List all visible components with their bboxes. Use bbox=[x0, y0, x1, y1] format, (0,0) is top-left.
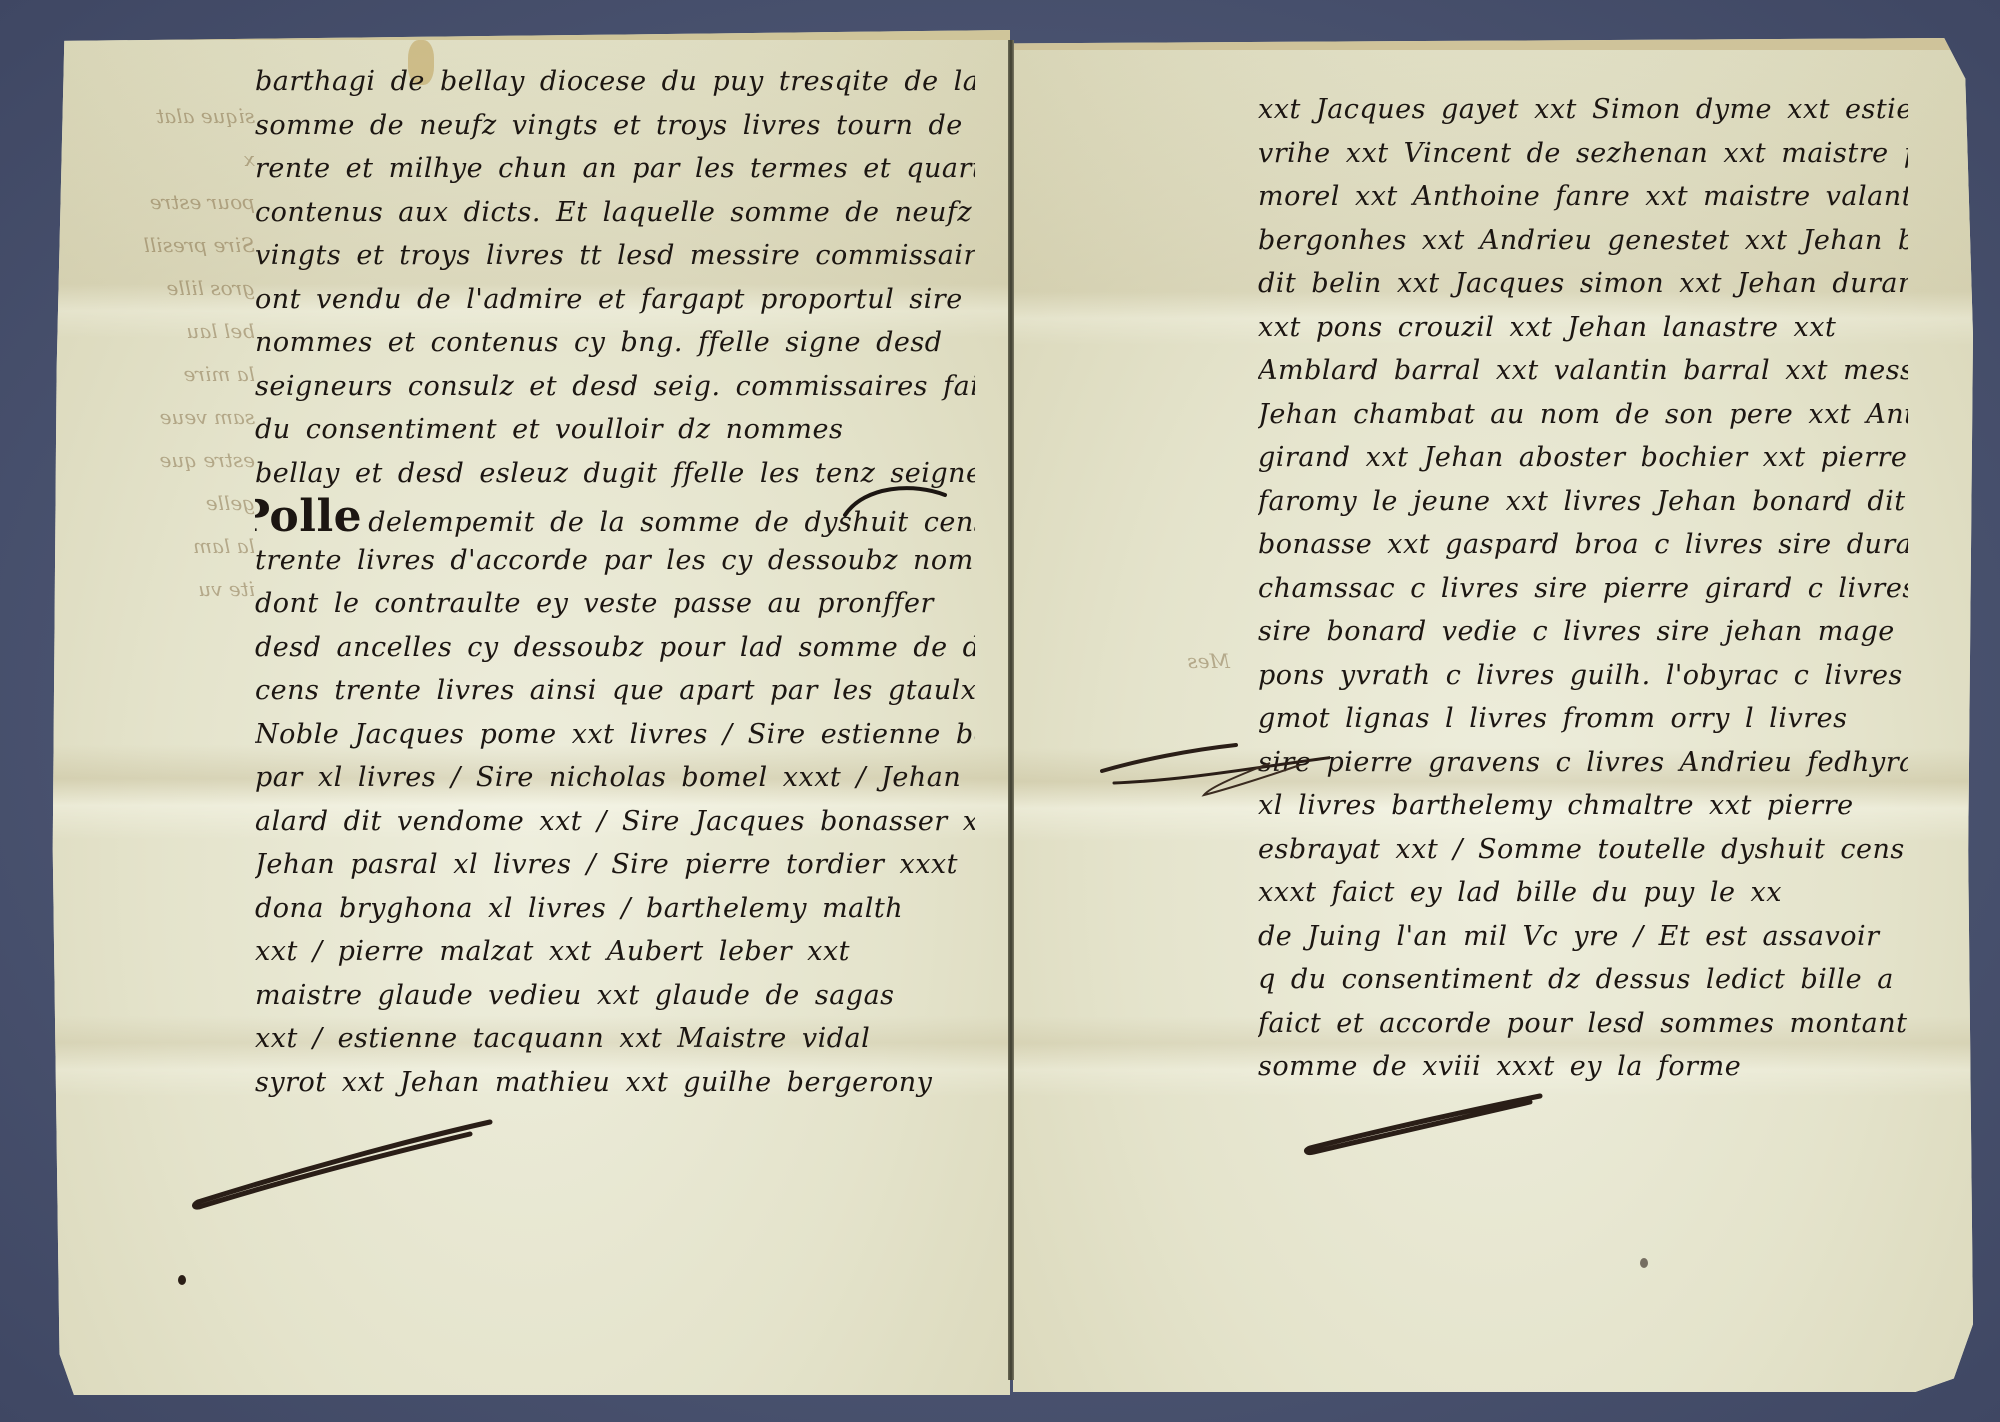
left-margin-bleed-through: sique alat x pour estre Sire presill gro… bbox=[115, 95, 255, 611]
bleed-line: gros lille bbox=[115, 267, 255, 310]
manuscript-line: chamssac c livres sire pierre girard c l… bbox=[1258, 567, 1908, 611]
manuscript-line: vrihe xxt Vincent de sezhenan xxt maistr… bbox=[1258, 132, 1908, 176]
manuscript-line: xxxt faict ey lad bille du puy le xx bbox=[1258, 871, 1908, 915]
manuscript-line: girand xxt Jehan aboster bochier xxt pie… bbox=[1258, 436, 1908, 480]
manuscript-line: xl livres barthelemy chmaltre xxt pierre bbox=[1258, 784, 1908, 828]
manuscript-line: xxt / pierre malzat xxt Aubert leber xxt bbox=[255, 930, 975, 974]
manuscript-line: alard dit vendome xxt / Sire Jacques bon… bbox=[255, 800, 975, 844]
manuscript-line: desd ancelles cy dessoubz pour lad somme… bbox=[255, 626, 975, 670]
bleed-line: sam veue bbox=[115, 396, 255, 439]
bleed-line: bel lau bbox=[115, 310, 255, 353]
manuscript-line: dont le contraulte ey veste passe au pro… bbox=[255, 582, 975, 626]
manuscript-line: sire bonard vedie c livres sire jehan ma… bbox=[1258, 610, 1908, 654]
manuscript-line: vingts et troys livres tt lesd messire c… bbox=[255, 234, 975, 278]
bleed-line: estre que bbox=[115, 439, 255, 482]
ink-spot bbox=[1640, 1258, 1648, 1268]
bleed-line: Mes bbox=[1030, 640, 1230, 683]
manuscript-line: xxt / estienne tacquann xxt Maistre vida… bbox=[255, 1017, 975, 1061]
manuscript-line: barthagi de bellay diocese du puy tresqi… bbox=[255, 60, 975, 104]
bleed-line: Sire presill bbox=[115, 224, 255, 267]
manuscript-line: Amblard barral xxt valantin barral xxt m… bbox=[1258, 349, 1908, 393]
manuscript-line: gmot lignas l livres fromm orry l livres bbox=[1258, 697, 1908, 741]
manuscript-line: Noble Jacques pome xxt livres / Sire est… bbox=[255, 713, 975, 757]
manuscript-line: trente livres d'accorde par les cy desso… bbox=[255, 539, 975, 583]
manuscript-line: bonasse xxt gaspard broa c livres sire d… bbox=[1258, 523, 1908, 567]
manuscript-line: faromy le jeune xxt livres Jehan bonard … bbox=[1258, 480, 1908, 524]
manuscript-line: rente et milhye chun an par les termes e… bbox=[255, 147, 975, 191]
bleed-line: x bbox=[115, 138, 255, 181]
manuscript-line: morel xxt Anthoine fanre xxt maistre val… bbox=[1258, 175, 1908, 219]
binding-gutter bbox=[1008, 40, 1014, 1380]
manuscript-line: de Juing l'an mil Vc yre / Et est assavo… bbox=[1258, 915, 1908, 959]
left-page-text: barthagi de bellay diocese du puy tresqi… bbox=[255, 60, 975, 1104]
manuscript-line: maistre glaude vedieu xxt glaude de saga… bbox=[255, 974, 975, 1018]
decorated-initial: Polle bbox=[255, 495, 362, 539]
manuscript-line: syrot xxt Jehan mathieu xxt guilhe berge… bbox=[255, 1061, 975, 1105]
manuscript-line: xxt pons crouzil xxt Jehan lanastre xxt bbox=[1258, 306, 1908, 350]
manuscript-line: bergonhes xxt Andrieu genestet xxt Jehan… bbox=[1258, 219, 1908, 263]
manuscript-line: esbrayat xxt / Somme toutelle dyshuit ce… bbox=[1258, 828, 1908, 872]
manuscript-line: dona bryghona xl livres / barthelemy mal… bbox=[255, 887, 975, 931]
bleed-line: sique alat bbox=[115, 95, 255, 138]
manuscript-line: ont vendu de l'admire et fargapt proport… bbox=[255, 278, 975, 322]
manuscript-line-with-initial: Polledelempemit de la somme de dyshuit c… bbox=[255, 495, 975, 539]
manuscript-line: faict et accorde pour lesd sommes montan… bbox=[1258, 1002, 1908, 1046]
manuscript-line: dit belin xxt Jacques simon xxt Jehan du… bbox=[1258, 262, 1908, 306]
ink-spot bbox=[178, 1275, 186, 1285]
manuscript-line: du consentiment et voulloir dz nommes bbox=[255, 408, 975, 452]
manuscript-line: seigneurs consulz et desd seig. commissa… bbox=[255, 365, 975, 409]
manuscript-line: cens trente livres ainsi que apart par l… bbox=[255, 669, 975, 713]
right-page-text: xxt Jacques gayet xxt Simon dyme xxt est… bbox=[1258, 88, 1908, 1089]
manuscript-line: contenus aux dicts. Et laquelle somme de… bbox=[255, 191, 975, 235]
manuscript-line: nommes et contenus cy bng. ffelle signe … bbox=[255, 321, 975, 365]
manuscript-line: Jehan chambat au nom de son pere xxt Ant… bbox=[1258, 393, 1908, 437]
manuscript-line: par xl livres / Sire nicholas bomel xxxt… bbox=[255, 756, 975, 800]
bleed-line: la mire bbox=[115, 353, 255, 396]
bleed-line: la lam bbox=[115, 525, 255, 568]
manuscript-line: sire pierre gravens c livres Andrieu fed… bbox=[1258, 741, 1908, 785]
bleed-line: gelle bbox=[115, 482, 255, 525]
bleed-line: pour estre bbox=[115, 181, 255, 224]
manuscript-line: xxt Jacques gayet xxt Simon dyme xxt est… bbox=[1258, 88, 1908, 132]
bleed-line: ite vu bbox=[115, 568, 255, 611]
manuscript-line: somme de neufz vingts et troys livres to… bbox=[255, 104, 975, 148]
manuscript-line-text: delempemit de la somme de dyshuit cens bbox=[368, 507, 975, 538]
manuscript-line: bellay et desd esleuz dugit ffelle les t… bbox=[255, 452, 975, 496]
manuscript-line: pons yvrath c livres guilh. l'obyrac c l… bbox=[1258, 654, 1908, 698]
right-margin-bleed-through: Mes bbox=[1030, 640, 1230, 683]
manuscript-line: somme de xviii xxxt ey la forme bbox=[1258, 1045, 1908, 1089]
manuscript-line: Jehan pasral xl livres / Sire pierre tor… bbox=[255, 843, 975, 887]
manuscript-line: q du consentiment dz dessus ledict bille… bbox=[1258, 958, 1908, 1002]
